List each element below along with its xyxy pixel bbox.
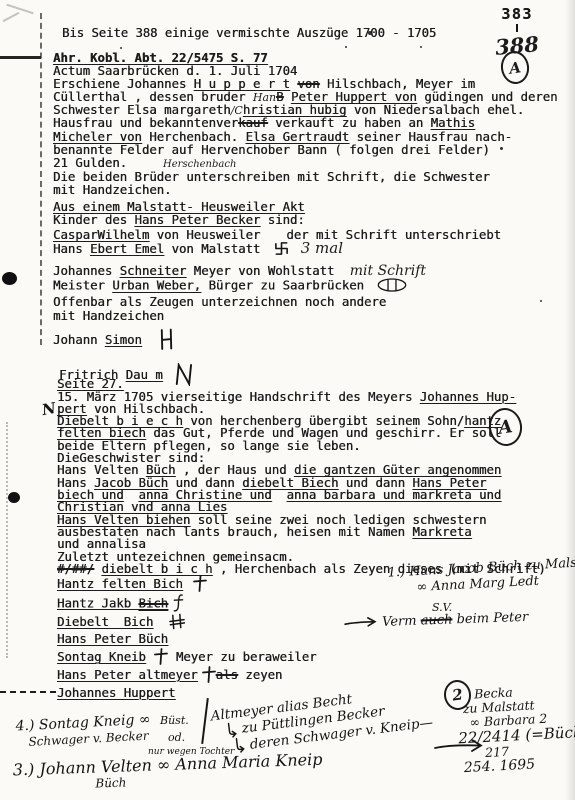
text-segment: Aus einem Malstatt- Heusweiler Akt bbox=[53, 200, 305, 214]
margin-mark-n: N bbox=[41, 399, 58, 419]
text-segment: Hans Peter Büch bbox=[57, 632, 168, 646]
pencil-mark bbox=[6, 4, 33, 15]
text-segment: mit Handzeichen. bbox=[53, 183, 171, 197]
text-segment: Meister bbox=[53, 279, 112, 293]
text-segment: Diebelt Bich bbox=[57, 615, 153, 629]
text-segment: zeyen bbox=[238, 668, 282, 682]
text-line: Hantz Jakb Bich bbox=[57, 594, 317, 614]
text-segment: Johannes bbox=[53, 264, 120, 278]
text-segment: Johannes Huppert bbox=[57, 686, 175, 700]
text-segment: Hantz Jakb bbox=[57, 596, 138, 610]
annotation-sontag-kneig: 4.) Sontag Kneig ∞Schwager v. Becker bbox=[15, 711, 151, 749]
text-segment: kauf bbox=[238, 116, 268, 130]
typed-section-handschrift: Diebelt b i e c h von herchenberg übergi… bbox=[57, 415, 546, 575]
text-segment: Markreta bbox=[412, 525, 471, 539]
ink-speck bbox=[345, 46, 347, 48]
text-segment: auch bbox=[420, 612, 452, 628]
text-segment: /C bbox=[231, 104, 243, 117]
text-segment: Herschenbach bbox=[163, 159, 236, 170]
text-segment: von Niedersalbach ehel. bbox=[346, 103, 524, 117]
hsign-icon bbox=[158, 328, 175, 351]
text-line: Kinder des Hans Peter Becker sind: bbox=[53, 214, 557, 227]
text-segment: Simon bbox=[105, 333, 142, 347]
text-segment bbox=[284, 90, 291, 104]
text-segment: Hausfrau und bekanntenver bbox=[53, 116, 238, 130]
text-segment: Micheler von bbox=[53, 130, 142, 144]
text-segment: Peter Huppert von bbox=[291, 90, 417, 104]
text-segment: beim Peter bbox=[452, 610, 528, 628]
ink-speck bbox=[120, 47, 122, 49]
text-line: Verm auch beim Peter bbox=[344, 610, 529, 632]
left-margin-dashed-line bbox=[40, 13, 42, 345]
text-line: Hans Peter Büch bbox=[57, 631, 317, 649]
text-line: Johannes Schneiter Meyer von Wohlstatt m… bbox=[53, 265, 557, 278]
cross-icon bbox=[202, 666, 216, 683]
typed-section-signatures: Hantz felten BichHantz Jakb BichDiebelt … bbox=[57, 576, 317, 702]
text-segment: von Malstatt bbox=[164, 242, 268, 256]
text-line: Sontag KneibMeyer zu beraweiler bbox=[57, 649, 317, 667]
scanned-document-page: 383 388 A A 2 Bis Seite 388 einige vermi… bbox=[0, 0, 575, 800]
left-margin-dotted-line bbox=[6, 422, 8, 658]
text-segment: H u p p e r t bbox=[194, 77, 290, 91]
text-segment: güdingen und deren bbox=[417, 90, 558, 104]
typed-section-seite27: Seite 27.15. März 1705 vierseitige Hands… bbox=[57, 378, 516, 416]
text-segment: sind: bbox=[260, 213, 304, 227]
text-segment: Kinder des bbox=[53, 213, 134, 227]
text-segment: B bbox=[276, 90, 283, 104]
hmark-icon bbox=[169, 613, 185, 630]
text-segment: #/##/ bbox=[57, 562, 94, 576]
text-line: Hans Peter altmeyerals zeyen bbox=[57, 667, 317, 685]
annotation-johann-velten: 3.) Johann Velten ∞ Anna Maria KneipBüch bbox=[13, 750, 324, 794]
text-segment: Meyer zu beraweiler bbox=[176, 650, 317, 664]
pencil-mark bbox=[3, 12, 20, 22]
annotation-verm: Verm auch beim Peter bbox=[344, 610, 529, 632]
text-segment: Schneiter bbox=[120, 264, 187, 278]
text-line: 21 Gulden.Herschenbach bbox=[53, 157, 557, 171]
text-segment: od. bbox=[168, 731, 185, 744]
text-segment: als bbox=[216, 668, 238, 682]
text-segment: Büch bbox=[95, 776, 126, 791]
cross-icon bbox=[193, 575, 207, 592]
document-title: Bis Seite 388 einige vermischte Auszüge … bbox=[62, 26, 436, 40]
text-segment: hristian hubig bbox=[243, 103, 347, 117]
text-segment: 21 Gulden. bbox=[53, 156, 127, 170]
fmark-icon bbox=[172, 593, 184, 613]
text-line: Hans Ebert Emel von Malstatt 3 mal bbox=[53, 242, 557, 257]
text-segment: Schwester Elsa margareth bbox=[53, 103, 231, 117]
cross-icon bbox=[154, 648, 168, 665]
swastika-icon bbox=[274, 241, 289, 256]
text-segment: CasparWilhelm bbox=[53, 228, 149, 242]
page-number-block: 383 388 bbox=[494, 5, 540, 58]
text-segment: Hans bbox=[53, 242, 90, 256]
typed-section-main: Ahr. Kobl. Abt. 22/5475 S. 77Actum Saarb… bbox=[53, 52, 557, 387]
text-segment: Sontag Kneib bbox=[57, 650, 146, 664]
text-segment: Cüllerthal , dessen bruder bbox=[53, 90, 253, 104]
text-segment: Erschiene Johannes bbox=[53, 77, 194, 91]
arrow-icon bbox=[344, 616, 378, 629]
page-number-divider bbox=[516, 24, 518, 32]
text-segment: Hantz felten Bich bbox=[57, 577, 183, 591]
text-segment: Büst. bbox=[160, 714, 189, 727]
text-segment: Bürger zu Saarbrücken bbox=[201, 279, 371, 293]
text-segment: Meyer von Wohlstatt bbox=[186, 264, 341, 278]
text-segment: Han bbox=[253, 91, 276, 104]
ink-speck bbox=[420, 46, 422, 48]
oval-icon bbox=[377, 277, 407, 293]
page-number-printed: 383 bbox=[494, 5, 540, 23]
left-horizontal-rule bbox=[0, 56, 41, 59]
bottom-left-dashed-rule bbox=[0, 691, 56, 693]
text-line: mit Handzeichen bbox=[53, 310, 557, 323]
text-line: benannte Felder auf Hervenchober Bann ( … bbox=[53, 144, 557, 157]
text-segment: Bich bbox=[138, 596, 168, 610]
text-segment: mit Handzeichen bbox=[53, 309, 164, 323]
text-segment: Ebert Emel bbox=[90, 242, 164, 256]
text-line: Meister Urban Weber, Bürger zu Saarbrück… bbox=[53, 278, 557, 294]
text-line: Hantz felten Bich bbox=[57, 576, 317, 594]
text-segment: 3 mal bbox=[301, 239, 343, 257]
text-segment: Mathis bbox=[431, 116, 475, 130]
text-segment: Actum Saarbrücken d. 1. Juli 1704 bbox=[53, 64, 297, 78]
text-segment bbox=[272, 488, 287, 502]
text-segment: von bbox=[297, 77, 319, 91]
text-segment: Elsa Gertraudt bbox=[246, 130, 350, 144]
hook-icon bbox=[226, 721, 239, 738]
text-segment: Johann bbox=[53, 333, 105, 347]
text-segment: seiner Hausfrau nach- bbox=[349, 130, 512, 144]
text-segment: benannte Felder auf Hervenchober Bann ( … bbox=[53, 143, 490, 157]
text-segment: Offenbar als Zeugen unterzeichnen noch a… bbox=[53, 295, 386, 309]
text-segment: Urban Weber, bbox=[112, 279, 201, 293]
text-line: Diebelt Bich bbox=[57, 614, 317, 632]
text-segment: Herchenbach. bbox=[142, 130, 246, 144]
text-segment: anna barbara und markreta und bbox=[287, 488, 502, 502]
text-segment: Hans Peter altmeyer bbox=[57, 668, 198, 682]
text-segment: Hans Peter Becker bbox=[134, 213, 260, 227]
ink-blot bbox=[2, 272, 17, 285]
text-line: Johann Simon bbox=[53, 329, 557, 352]
text-segment: Die beiden Brüder unterschreiben mit Sch… bbox=[53, 170, 490, 184]
text-segment: verkauft zu haben an bbox=[268, 116, 431, 130]
text-segment: Hilschbach, Meyer im bbox=[320, 77, 475, 91]
text-segment: Verm bbox=[378, 614, 421, 630]
ink-blot bbox=[8, 492, 20, 503]
text-segment: Johannes Hup- bbox=[420, 390, 516, 404]
text-segment: von Heusweiler bbox=[149, 228, 260, 242]
text-segment: Ahr. Kobl. Abt. 22/5475 S. 77 bbox=[53, 51, 268, 65]
text-line: mit Handzeichen. bbox=[53, 184, 557, 197]
scan-edge-shadow bbox=[565, 0, 575, 800]
